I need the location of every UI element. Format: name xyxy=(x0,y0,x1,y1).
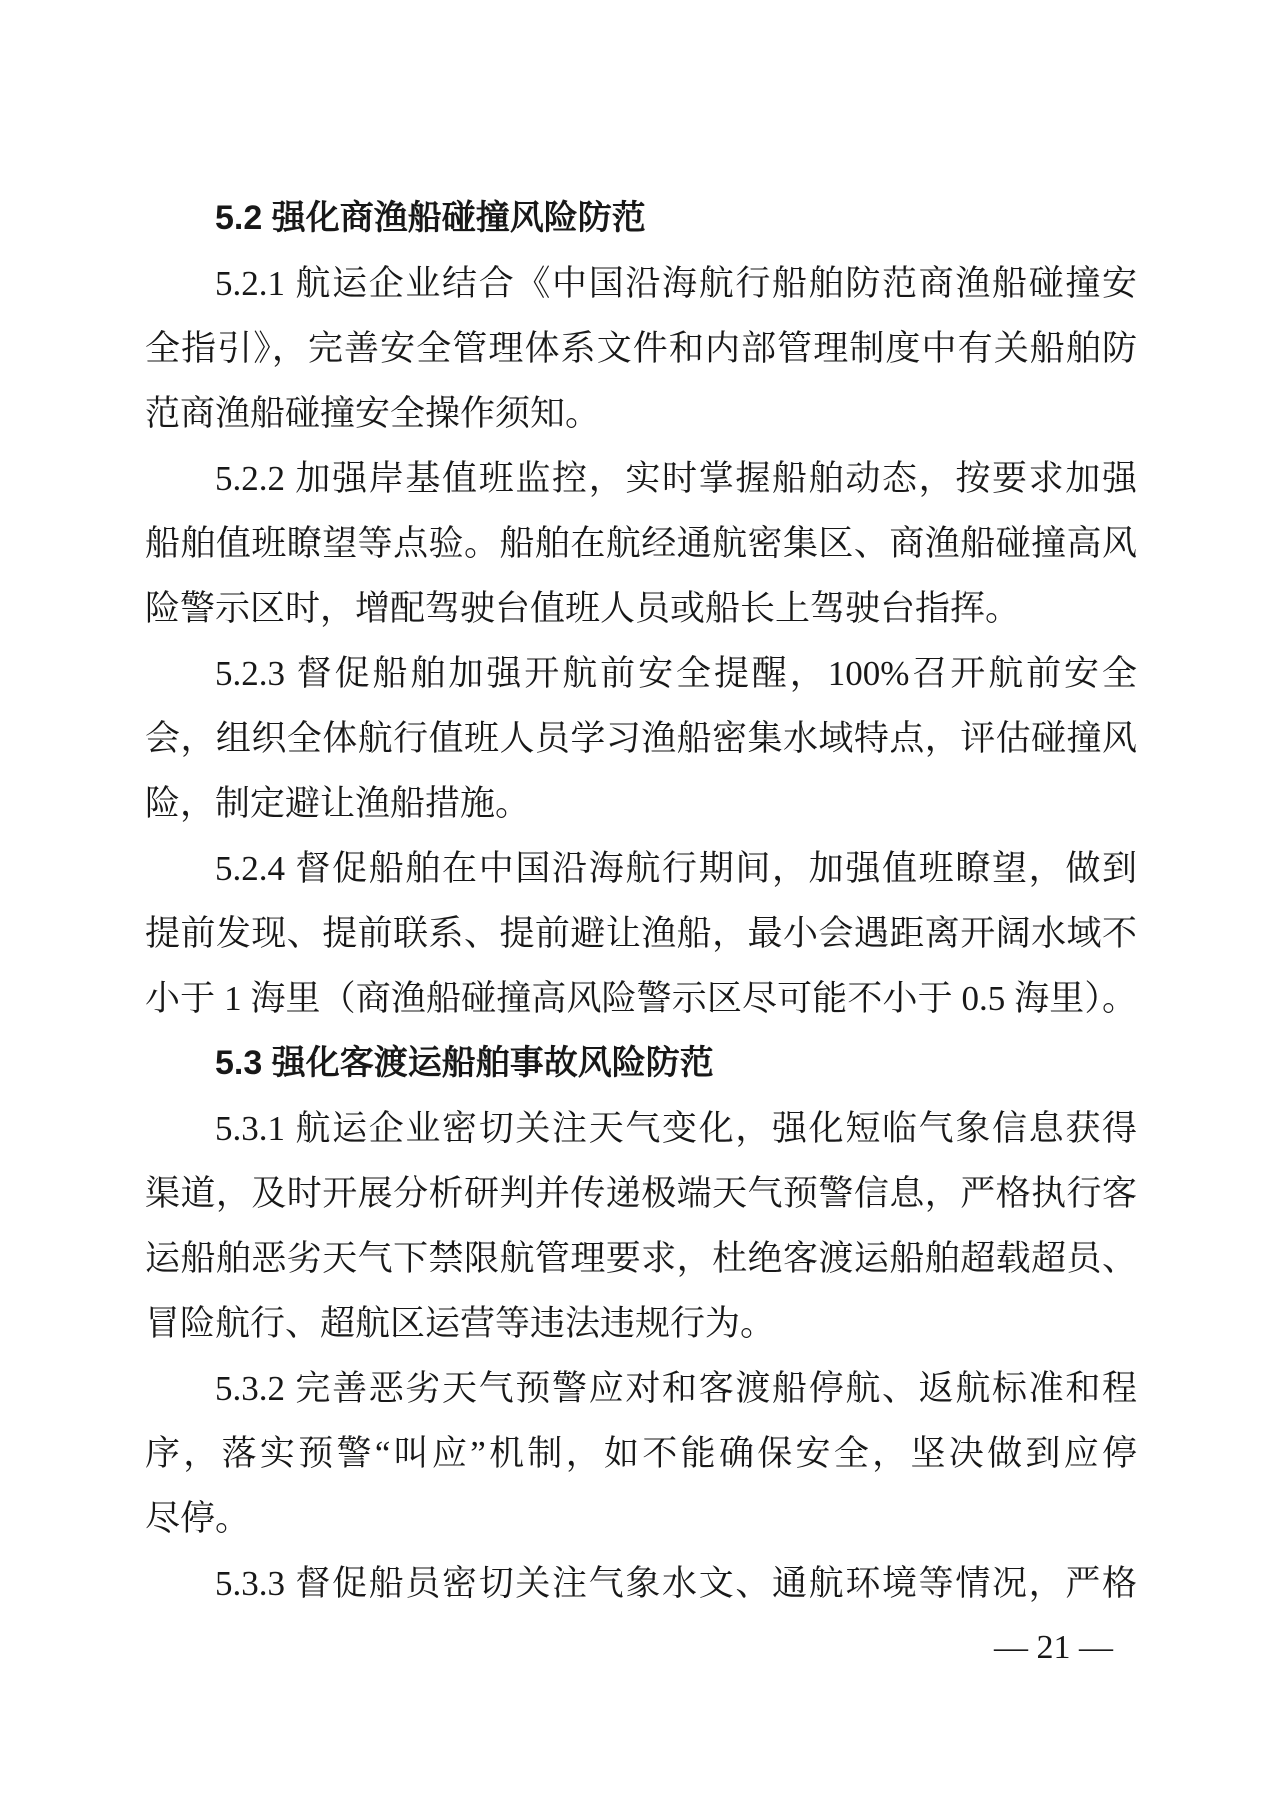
body-text-line: 5.2.2 加强岸基值班监控，实时掌握船舶动态，按要求加强 xyxy=(145,446,1137,511)
body-text-line: 序，落实预警“叫应”机制，如不能确保安全，坚决做到应停 xyxy=(145,1421,1137,1486)
body-text-line: 范商渔船碰撞安全操作须知。 xyxy=(145,381,1137,446)
body-text-line: 小于 1 海里（商渔船碰撞高风险警示区尽可能不小于 0.5 海里）。 xyxy=(145,966,1137,1031)
body-text-line: 会，组织全体航行值班人员学习渔船密集水域特点，评估碰撞风 xyxy=(145,706,1137,771)
document-page: 5.2 强化商渔船碰撞风险防范5.2.1 航运企业结合《中国沿海航行船舶防范商渔… xyxy=(0,0,1280,1810)
page-number: — 21 — xyxy=(994,1628,1113,1668)
body-text-line: 险警示区时，增配驾驶台值班人员或船长上驾驶台指挥。 xyxy=(145,576,1137,641)
section-heading: 5.3 强化客渡运船舶事故风险防范 xyxy=(145,1031,1137,1096)
body-text-line: 提前发现、提前联系、提前避让渔船，最小会遇距离开阔水域不 xyxy=(145,901,1137,966)
body-text-line: 尽停。 xyxy=(145,1486,1137,1551)
document-body: 5.2 强化商渔船碰撞风险防范5.2.1 航运企业结合《中国沿海航行船舶防范商渔… xyxy=(145,186,1137,1616)
body-text-line: 全指引》，完善安全管理体系文件和内部管理制度中有关船舶防 xyxy=(145,316,1137,381)
body-text-line: 5.2.1 航运企业结合《中国沿海航行船舶防范商渔船碰撞安 xyxy=(145,251,1137,316)
body-text-line: 险，制定避让渔船措施。 xyxy=(145,771,1137,836)
body-text-line: 运船舶恶劣天气下禁限航管理要求，杜绝客渡运船舶超载超员、 xyxy=(145,1226,1137,1291)
body-text-line: 渠道，及时开展分析研判并传递极端天气预警信息，严格执行客 xyxy=(145,1161,1137,1226)
body-text-line: 5.3.1 航运企业密切关注天气变化，强化短临气象信息获得 xyxy=(145,1096,1137,1161)
body-text-line: 5.2.3 督促船舶加强开航前安全提醒，100%召开航前安全 xyxy=(145,641,1137,706)
body-text-line: 5.3.3 督促船员密切关注气象水文、通航环境等情况，严格 xyxy=(145,1551,1137,1616)
body-text-line: 5.2.4 督促船舶在中国沿海航行期间，加强值班瞭望，做到 xyxy=(145,836,1137,901)
body-text-line: 冒险航行、超航区运营等违法违规行为。 xyxy=(145,1291,1137,1356)
section-heading: 5.2 强化商渔船碰撞风险防范 xyxy=(145,186,1137,251)
body-text-line: 船舶值班瞭望等点验。船舶在航经通航密集区、商渔船碰撞高风 xyxy=(145,511,1137,576)
body-text-line: 5.3.2 完善恶劣天气预警应对和客渡船停航、返航标准和程 xyxy=(145,1356,1137,1421)
